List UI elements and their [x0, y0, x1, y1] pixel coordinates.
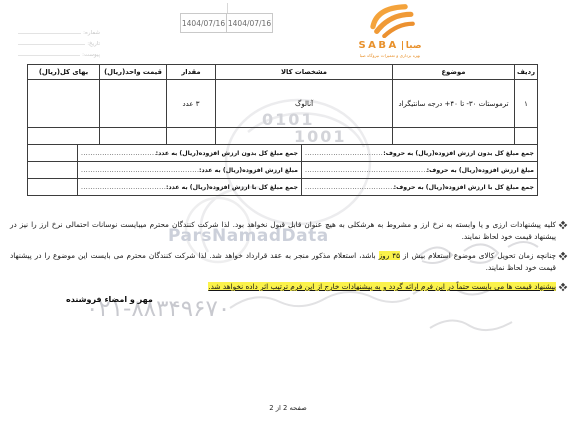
- note-delivery-pre: چنانچه زمان تحویل کالای موضوع استعلام بی…: [400, 251, 556, 260]
- ref-row-number: شماره:: [18, 25, 100, 36]
- column-header-unit-price: قیمت واحد(ریال): [100, 65, 167, 80]
- vat-digits-cell: مبلغ ارزش افزوده(ریال) به عدد: .........…: [77, 161, 302, 179]
- total-row-without-vat: جمع مبلغ کل بدون ارزش افزوده(ریال) به حر…: [27, 144, 538, 162]
- vat-amount-row: مبلغ ارزش افزوده(ریال) به حروف: ........…: [27, 161, 538, 179]
- cell-row-no: [515, 128, 538, 145]
- leader-dots: ........................................…: [81, 167, 199, 174]
- total-empty-cell: [27, 178, 78, 196]
- cell-total-price: [28, 128, 100, 145]
- note-item-delivery: چنانچه زمان تحویل کالای موضوع استعلام بی…: [10, 250, 566, 273]
- logo-tagline: بهره برداری و تعمیرات نیروگاه صبا: [334, 53, 446, 58]
- note-text-delivery: چنانچه زمان تحویل کالای موضوع استعلام بی…: [10, 250, 556, 273]
- note-text-form-only: پیشنهاد قیمت ها می بایست حتماً در این فر…: [10, 281, 556, 293]
- date-cell-right: 1404/07/16: [226, 13, 273, 33]
- logo-brand-latin: SABA: [358, 40, 398, 51]
- note-item-currency: کلیه پیشنهادات ارزی و یا وابسته به نرخ ا…: [10, 219, 566, 242]
- total-with-vat-digits-cell: جمع مبلغ کل با ارزش افزوده(ریال) به عدد:…: [77, 178, 302, 196]
- vat-words-cell: مبلغ ارزش افزوده(ریال) به حروف: ........…: [301, 161, 538, 179]
- ref-attachment-line: [18, 55, 80, 56]
- total-without-vat-words-label: جمع مبلغ کل بدون ارزش افزوده(ریال) به حر…: [383, 150, 534, 157]
- logo-brand-farsi: صبا: [406, 41, 422, 51]
- column-header-quantity: مقدار: [167, 65, 216, 80]
- date-box: 1404/07/16 1404/07/16: [180, 13, 273, 33]
- total-digits-cell: جمع مبلغ کل بدون ارزش افزوده(ریال) به عد…: [77, 144, 302, 162]
- cell-quantity: [167, 128, 216, 145]
- empty-row: [28, 128, 538, 145]
- table-header-row: ردیف موضوع مشخصات کالا مقدار قیمت واحد(ر…: [28, 65, 538, 80]
- total-row-with-vat: جمع مبلغ کل با ارزش افزوده(ریال) به حروف…: [27, 178, 538, 196]
- leader-dots: ........................................…: [305, 150, 383, 157]
- cell-unit-price: [100, 128, 167, 145]
- bullet-diamond-icon: [559, 283, 567, 291]
- reference-fields: شماره: تاریخ: پیوست:: [18, 25, 100, 58]
- total-with-vat-digits-label: جمع مبلغ کل با ارزش افزوده(ریال) به عدد:: [166, 184, 298, 191]
- seller-signature-label: مهر و امضاء فروشنده: [66, 295, 153, 304]
- ref-date-label: تاریخ:: [87, 41, 100, 47]
- leader-dots: ........................................…: [81, 150, 156, 157]
- cell-row-no: ۱: [515, 80, 538, 128]
- ref-row-date: تاریخ:: [18, 36, 100, 47]
- total-empty-cell: [27, 144, 78, 162]
- total-words-cell: جمع مبلغ کل بدون ارزش افزوده(ریال) به حر…: [301, 144, 538, 162]
- cell-specs: آنالوگ: [216, 80, 393, 128]
- logo-swoosh-icon: [361, 2, 419, 38]
- items-table: ردیف موضوع مشخصات کالا مقدار قیمت واحد(ر…: [27, 64, 538, 145]
- ref-row-attachment: پیوست:: [18, 47, 100, 58]
- terms-notes: کلیه پیشنهادات ارزی و یا وابسته به نرخ ا…: [10, 219, 566, 301]
- ref-attachment-label: پیوست:: [82, 52, 100, 58]
- underlined-highlight-text: پیشنهاد قیمت ها می بایست حتماً در این فر…: [208, 282, 556, 291]
- leader-dots: ........................................…: [305, 184, 394, 191]
- ref-number-label: شماره:: [83, 30, 100, 36]
- total-empty-cell: [27, 161, 78, 179]
- total-without-vat-digits-label: جمع مبلغ کل بدون ارزش افزوده(ریال) به عد…: [156, 150, 298, 157]
- cell-subject: ترموستات ۳۰- تا ۴۰+ درجه سانتیگراد: [393, 80, 515, 128]
- item-row: ۱ ترموستات ۳۰- تا ۴۰+ درجه سانتیگراد آنا…: [28, 80, 538, 128]
- document-page: 0101 1001 ParsNamadData ۰۲۱-۸۸۳۴۹۶۷۰ شما…: [0, 0, 576, 438]
- cell-unit-price: [100, 80, 167, 128]
- note-text-currency: کلیه پیشنهادات ارزی و یا وابسته به نرخ ا…: [10, 219, 556, 242]
- column-header-specs: مشخصات کالا: [216, 65, 393, 80]
- date-box-divider: [227, 3, 228, 13]
- logo-brand-divider: [402, 41, 403, 50]
- total-with-vat-words-cell: جمع مبلغ کل با ارزش افزوده(ریال) به حروف…: [301, 178, 538, 196]
- column-header-total-price: بهای کل(ریال): [28, 65, 100, 80]
- bullet-diamond-icon: [559, 252, 567, 260]
- bullet-diamond-icon: [559, 221, 567, 229]
- total-with-vat-words-label: جمع مبلغ کل با ارزش افزوده(ریال) به حروف…: [394, 184, 534, 191]
- vat-words-label: مبلغ ارزش افزوده(ریال) به حروف:: [427, 167, 534, 174]
- totals-section: جمع مبلغ کل بدون ارزش افزوده(ریال) به حر…: [27, 144, 538, 196]
- vat-digits-label: مبلغ ارزش افزوده(ریال) به عدد:: [199, 167, 298, 174]
- ref-date-line: [18, 44, 85, 45]
- leader-dots: ........................................…: [81, 184, 166, 191]
- logo-brand-row: SABA صبا: [334, 40, 446, 51]
- ref-number-line: [18, 33, 81, 34]
- page-number: صفحه 2 از 2: [0, 404, 576, 412]
- column-header-subject: موضوع: [393, 65, 515, 80]
- leader-dots: ........................................…: [305, 167, 427, 174]
- cell-total-price: [28, 80, 100, 128]
- cell-quantity: ۳ عدد: [167, 80, 216, 128]
- date-cell-left: 1404/07/16: [180, 13, 227, 33]
- highlight-45-days: ۴۵ روز: [379, 251, 400, 260]
- cell-subject: [393, 128, 515, 145]
- column-header-row-no: ردیف: [515, 65, 538, 80]
- company-logo: SABA صبا بهره برداری و تعمیرات نیروگاه ص…: [334, 2, 446, 58]
- cell-specs: [216, 128, 393, 145]
- note-item-form-only: پیشنهاد قیمت ها می بایست حتماً در این فر…: [10, 281, 566, 293]
